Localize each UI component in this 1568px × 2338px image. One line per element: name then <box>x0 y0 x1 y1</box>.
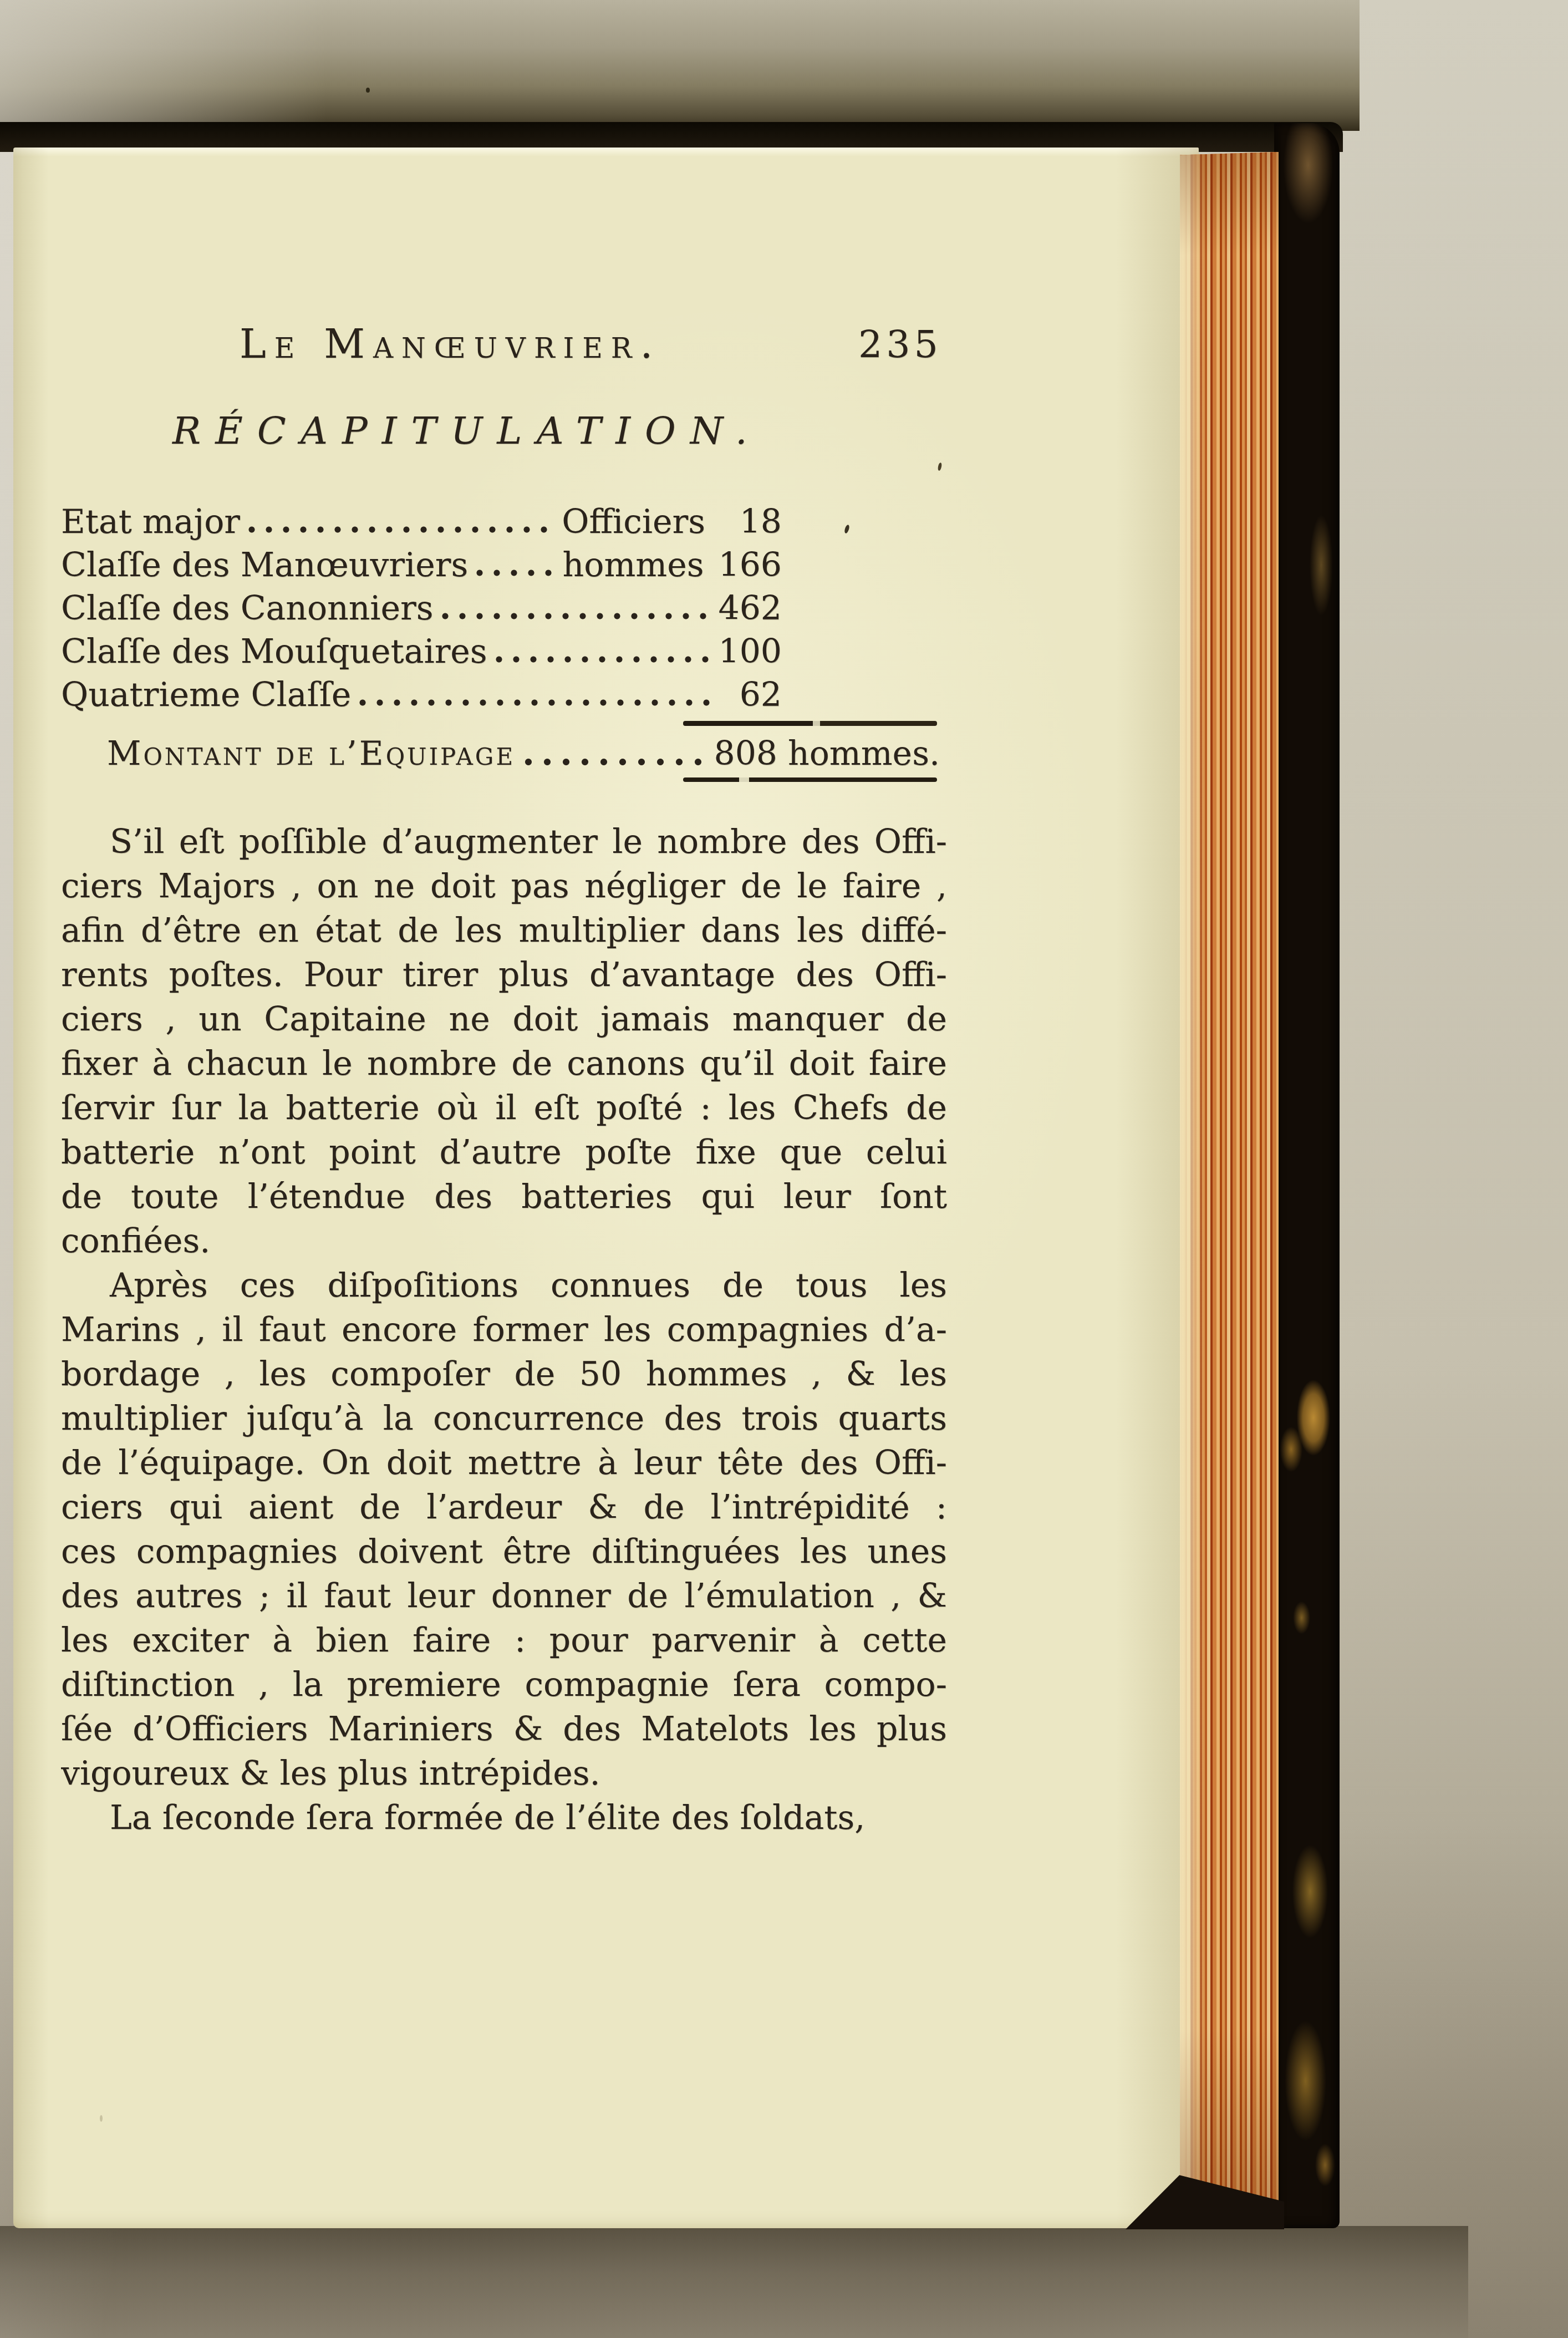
text-line: les exciter à bien faire : pour parvenir… <box>61 1618 947 1663</box>
dot-leader <box>493 630 712 673</box>
text-line: ſée d’Officiers Mariniers & des Matelots… <box>61 1707 947 1751</box>
total-value: 808 hommes. <box>714 731 940 776</box>
section-title: RÉCAPITULATION. <box>172 413 762 450</box>
page-content: Le Manœuvrier. 235 RÉCAPITULATION. Etat … <box>13 148 1199 2228</box>
dot-leader <box>474 543 556 587</box>
sum-rule-top <box>683 721 937 726</box>
text-line: ces compagnies doivent être diſtinguées … <box>61 1529 947 1574</box>
text-line: vigoureux & les plus intrépides. <box>61 1751 947 1796</box>
row-value: 18 <box>720 500 782 543</box>
text-line: Après ces diſpoſitions connues de tous l… <box>61 1263 947 1308</box>
text-line: des autres ; il faut leur donner de l’ém… <box>61 1574 947 1618</box>
text-line: La ſeconde ſera formée de l’élite des ſo… <box>61 1796 947 1840</box>
sum-rule-bottom <box>683 777 937 782</box>
page-number: 235 <box>858 326 942 364</box>
total-label: Montant de l’Equipage <box>107 731 515 776</box>
backdrop-top-shadow <box>0 0 1360 131</box>
row-unit: Officiers <box>562 500 705 543</box>
text-line: afin d’être en état de les multiplier da… <box>61 908 947 953</box>
text-line: S’il eſt poſſible d’augmenter le nombre … <box>61 820 947 864</box>
dust-speck <box>366 88 370 93</box>
recap-row: Claſſe des Canonniers462 <box>61 587 782 630</box>
book-binding <box>1274 123 1340 2228</box>
row-value: 166 <box>718 543 782 587</box>
row-label: Claſſe des Manœuvriers <box>61 543 468 587</box>
text-line: diſtinction , la premiere compagnie ſera… <box>61 1663 947 1707</box>
text-line: ciers , un Capitaine ne doit jamais manq… <box>61 997 947 1041</box>
text-line: multiplier juſqu’à la concurrence des tr… <box>61 1396 947 1441</box>
backdrop-bottom-shadow <box>0 2226 1468 2338</box>
text-line: de toute l’étendue des batteries qui leu… <box>61 1175 947 1219</box>
book-scan: Le Manœuvrier. 235 RÉCAPITULATION. Etat … <box>0 0 1568 2338</box>
text-line: batterie n’ont point d’autre poſte fixe … <box>61 1130 947 1175</box>
text-line: Marins , il faut encore former les compa… <box>61 1308 947 1352</box>
ink-speck <box>938 462 943 471</box>
row-value: 100 <box>718 630 782 673</box>
row-unit: hommes <box>563 543 704 587</box>
text-line: rents poſtes. Pour tirer plus d’avantage… <box>61 953 947 997</box>
text-line: de l’équipage. On doit mettre à leur têt… <box>61 1441 947 1485</box>
recap-row: Quatrieme Claſſe62 <box>61 673 782 716</box>
dot-leader <box>522 731 707 776</box>
row-label: Etat major <box>61 500 240 543</box>
running-title: Le Manœuvrier. <box>240 324 661 364</box>
ink-speck <box>844 524 851 533</box>
recap-table: Etat majorOfficiers18Claſſe des Manœuvri… <box>61 500 782 716</box>
text-line: confiées. <box>61 1219 947 1263</box>
text-line: ſervir ſur la batterie où il eſt poſté :… <box>61 1086 947 1130</box>
row-label: Claſſe des Mouſquetaires <box>61 630 487 673</box>
text-line: ciers qui aient de l’ardeur & de l’intré… <box>61 1485 947 1529</box>
row-value: 462 <box>718 587 782 630</box>
text-line: bordage , les compoſer de 50 hommes , & … <box>61 1352 947 1396</box>
recap-row: Etat majorOfficiers18 <box>61 500 782 543</box>
recap-total-row: Montant de l’Equipage 808 hommes. <box>107 731 940 776</box>
row-label: Quatrieme Claſſe <box>61 673 351 716</box>
text-line: ciers Majors , on ne doit pas négliger d… <box>61 864 947 908</box>
row-value: 62 <box>720 673 782 716</box>
dot-leader <box>357 673 713 716</box>
text-line: fixer à chacun le nombre de canons qu’il… <box>61 1041 947 1086</box>
recap-row: Claſſe des Manœuvriershommes166 <box>61 543 782 587</box>
paper-flaw <box>100 2115 103 2122</box>
row-label: Claſſe des Canonniers <box>61 587 434 630</box>
body-text: S’il eſt poſſible d’augmenter le nombre … <box>61 820 947 1840</box>
dot-leader <box>439 587 712 630</box>
dot-leader <box>246 500 555 543</box>
recap-row: Claſſe des Mouſquetaires100 <box>61 630 782 673</box>
